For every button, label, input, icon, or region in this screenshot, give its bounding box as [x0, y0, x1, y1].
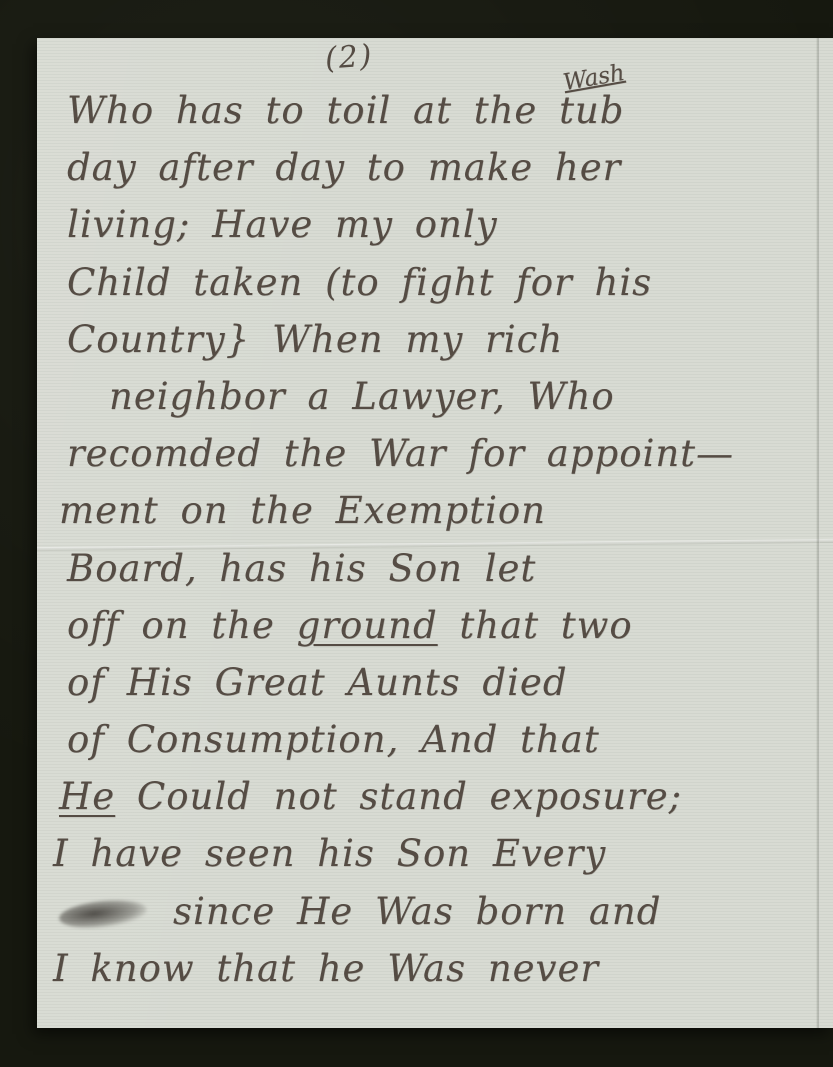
letter-text: living; Have my only	[67, 203, 498, 246]
letter-page: (2) Who has to toil at the tubWashday af…	[37, 38, 833, 1028]
photo-background: (2) Who has to toil at the tubWashday af…	[0, 0, 833, 1067]
letter-line: I know that he Was never	[37, 940, 833, 997]
letter-line: I have seen his Son Every	[37, 825, 833, 882]
letter-text: since He Was born and	[173, 890, 661, 933]
letter-text: day after day to make her	[67, 146, 621, 189]
letter-line: neighbor a Lawyer, Who	[37, 368, 833, 425]
letter-line: recomded the War for appoint—	[37, 425, 833, 482]
letter-text: I have seen his Son Every	[53, 832, 606, 875]
letter-line: since He Was born and	[37, 883, 833, 940]
letter-line: Who has to toil at the tubWash	[37, 82, 833, 139]
ink-smudge	[58, 897, 148, 932]
letter-line: of His Great Aunts died	[37, 654, 833, 711]
letter-text: recomded the War for appoint—	[67, 432, 734, 475]
letter-text: off on the	[67, 604, 297, 647]
letter-text: I know that he Was never	[53, 947, 599, 990]
letter-line: Country} When my rich	[37, 311, 833, 368]
letter-text: of Consumption, And that	[67, 718, 600, 761]
letter-line: living; Have my only	[37, 196, 833, 253]
letter-text: Who has to toil at the	[67, 89, 559, 132]
underlined-word: ground	[297, 604, 438, 647]
paper-fold-edge	[816, 38, 820, 1028]
letter-text: Could not stand exposure;	[115, 775, 682, 818]
letter-line: day after day to make her	[37, 139, 833, 196]
inserted-word: Wash	[562, 62, 627, 95]
letter-text: Country} When my rich	[67, 318, 563, 361]
letter-text: Child taken (to fight for his	[67, 261, 652, 304]
letter-line: ment on the Exemption	[37, 482, 833, 539]
letter-text: that two	[438, 604, 633, 647]
underlined-word: He	[59, 775, 115, 818]
letter-text: ment on the Exemption	[59, 489, 546, 532]
letter-text: neighbor a Lawyer, Who	[109, 375, 615, 418]
letter-text: Board, has his Son let	[67, 547, 536, 590]
letter-text: tubWash	[559, 89, 624, 132]
letter-line: of Consumption, And that	[37, 711, 833, 768]
letter-line: off on the ground that two	[37, 597, 833, 654]
page-number: (2)	[324, 38, 375, 76]
letter-text: of His Great Aunts died	[67, 661, 568, 704]
letter-line: He Could not stand exposure;	[37, 768, 833, 825]
letter-line: Child taken (to fight for his	[37, 254, 833, 311]
